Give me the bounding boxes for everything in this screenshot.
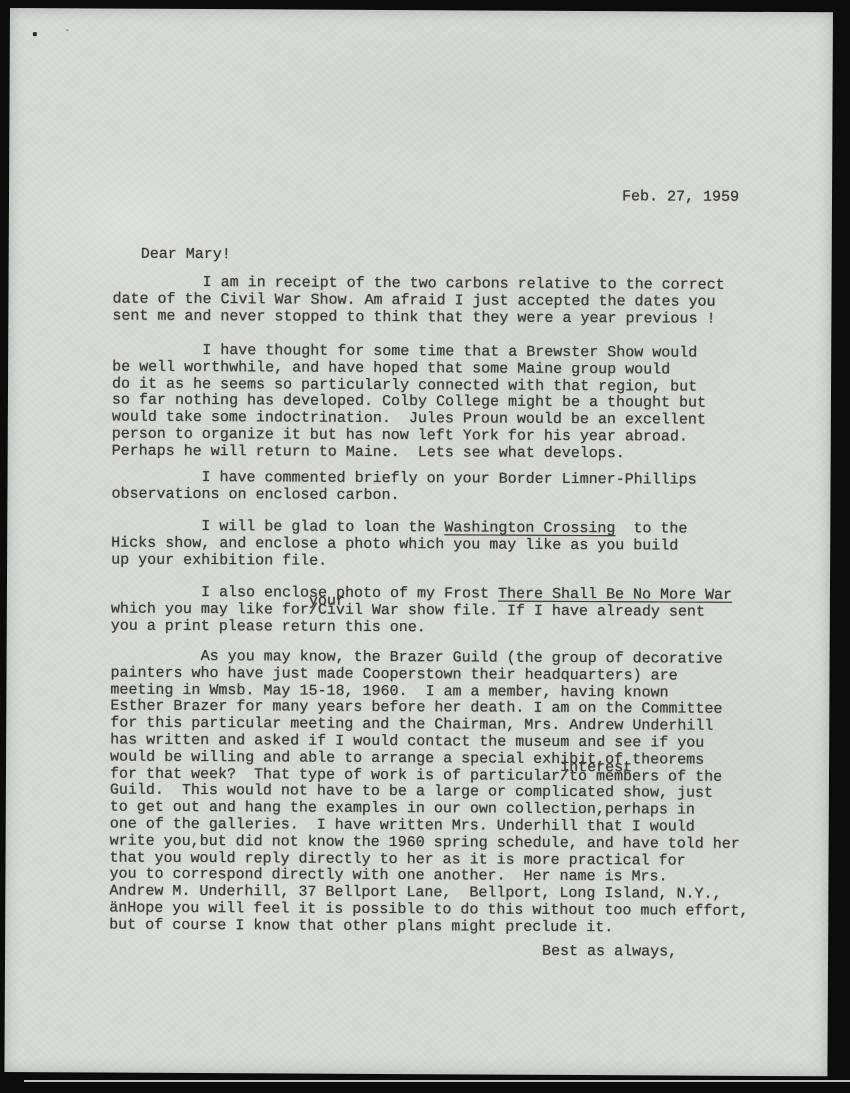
paragraph-3: I have commented briefly on your Border … bbox=[111, 470, 811, 507]
letter-page: Feb. 27, 1959 Dear Mary! I am in receipt… bbox=[4, 8, 833, 1076]
text-segment: sent me and never stopped to think that … bbox=[112, 307, 715, 327]
text-segment: but of course I know that other plans mi… bbox=[109, 916, 613, 936]
text-segment: Perhaps he will return to Maine. Lets se… bbox=[112, 442, 625, 462]
text-segment: you a print please return this one. bbox=[111, 617, 426, 636]
text-segment: to the bbox=[615, 520, 687, 537]
paragraph-2: I have thought for some time that a Brew… bbox=[112, 343, 813, 464]
scan-edge-artifact bbox=[24, 1080, 850, 1082]
paragraph-5: I also enclose photo of my Frost There S… bbox=[111, 585, 811, 639]
letter-line: up your exhibition file. bbox=[111, 552, 811, 572]
paragraph-6: As you may know, the Brazer Guild (the g… bbox=[109, 649, 810, 938]
letter-closing: Best as always, bbox=[542, 944, 677, 962]
letter-line: you a print please return this one. bbox=[111, 618, 811, 638]
letter-line: observations on enclosed carbon. bbox=[111, 486, 811, 506]
text-segment: up your exhibition file. bbox=[111, 551, 327, 569]
letter-line: Perhaps he will return to Maine. Lets se… bbox=[112, 443, 812, 463]
paragraph-1: I am in receipt of the two carbons relat… bbox=[112, 275, 812, 329]
letter-line: sent me and never stopped to think that … bbox=[112, 308, 812, 328]
underlined-text: There Shall Be No More War bbox=[498, 586, 732, 604]
text-segment: I will be glad to loan the bbox=[111, 518, 444, 537]
letter-salutation: Dear Mary! bbox=[141, 247, 231, 264]
underlined-text: Washington Crossing bbox=[444, 519, 615, 537]
paragraph-4: I will be glad to loan the Washington Cr… bbox=[111, 519, 811, 573]
letter-content: Feb. 27, 1959 Dear Mary! I am in receipt… bbox=[4, 8, 833, 1076]
letter-body: I am in receipt of the two carbons relat… bbox=[10, 8, 833, 12]
scan-background: Feb. 27, 1959 Dear Mary! I am in receipt… bbox=[0, 0, 850, 1093]
text-segment: which you may like for bbox=[111, 600, 309, 618]
letter-date: Feb. 27, 1959 bbox=[622, 189, 739, 206]
text-segment: observations on enclosed carbon. bbox=[111, 485, 399, 504]
